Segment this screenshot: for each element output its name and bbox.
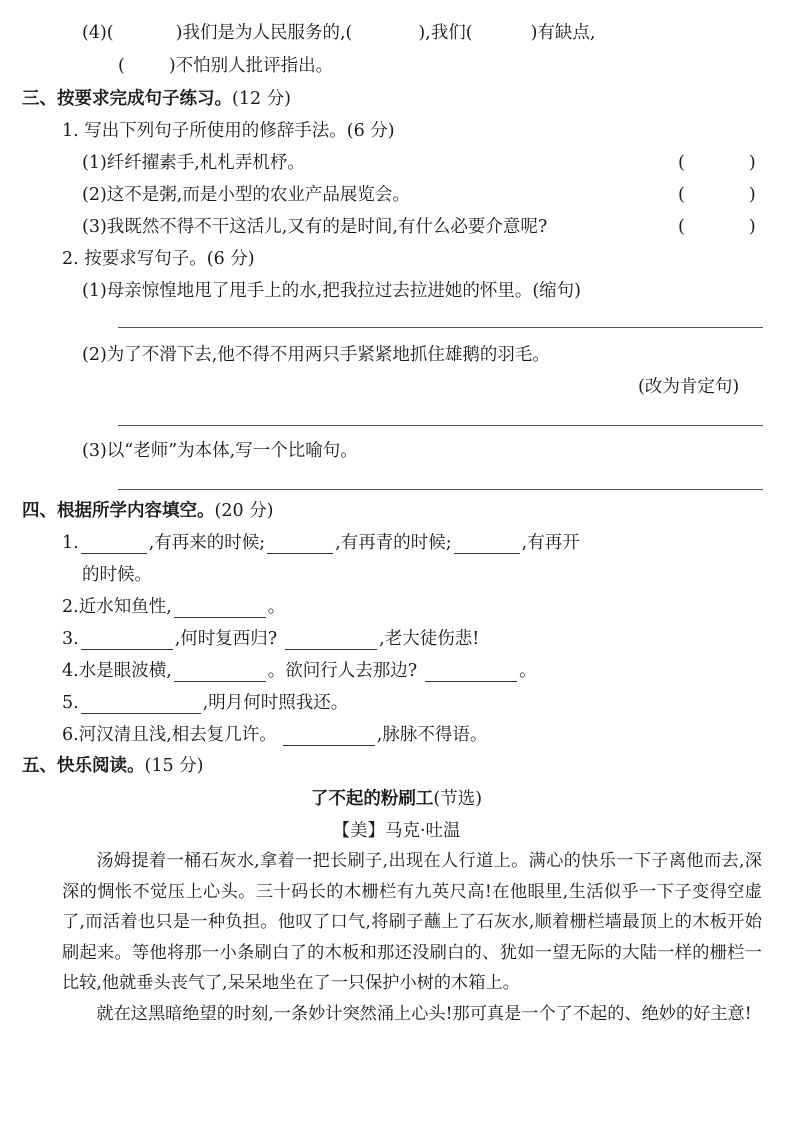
fill-item-1: 1.,有再来的时候;,有再青的时候;,有再开 <box>62 532 580 554</box>
section-points: (12 分) <box>232 89 291 109</box>
q1-item-2-answer-box[interactable]: () <box>678 184 756 206</box>
item-number: (4) <box>82 23 107 43</box>
q2-item-2-instruction: (改为肯定句) <box>638 376 739 398</box>
q2-item-2-answer-line[interactable] <box>118 425 763 426</box>
q1-item-3: (3)我既然不得不干这活儿,又有的是时间,有什么必要介意呢? <box>82 216 547 238</box>
q2-item-1-answer-line[interactable] <box>118 327 763 328</box>
passage-paragraph: 汤姆提着一桶石灰水,拿着一把长刷子,出现在人行道上。满心的快乐一下子离他而去,深… <box>62 846 762 999</box>
q2-label: 2. 按要求写句子。(6 分) <box>62 248 255 270</box>
q2-item-3: (3)以“老师”为本体,写一个比喻句。 <box>82 440 358 462</box>
passage-author: 【美】马克·吐温 <box>0 820 793 842</box>
q2-item-2: (2)为了不滑下去,他不得不用两只手紧紧地抓住雄鹅的羽毛。 <box>82 344 550 366</box>
fill-item-4-line1: (4)()我们是为人民服务的,(),我们()有缺点, <box>82 22 595 44</box>
q1-label: 1. 写出下列句子所使用的修辞手法。(6 分) <box>62 120 395 142</box>
section-5-heading: 五、快乐阅读。(15 分) <box>22 755 204 777</box>
answer-blank[interactable] <box>454 535 520 554</box>
q1-item-1: (1)纤纤擢素手,札札弄机杼。 <box>82 152 305 174</box>
answer-blank[interactable] <box>267 535 333 554</box>
passage-title: 了不起的粉刷工(节选) <box>0 788 793 810</box>
answer-blank[interactable] <box>81 535 147 554</box>
fill-item-5: 5.,明月何时照我还。 <box>62 692 348 714</box>
q1-item-1-answer-box[interactable]: () <box>678 152 756 174</box>
section-4-heading: 四、根据所学内容填空。(20 分) <box>22 500 274 522</box>
q1-item-3-answer-box[interactable]: () <box>678 216 756 238</box>
answer-blank[interactable] <box>283 727 375 746</box>
section-points: (15 分) <box>145 756 204 776</box>
q1-item-2: (2)这不是粥,而是小型的农业产品展览会。 <box>82 184 410 206</box>
fill-item-4: 4.水是眼波横,。欲问行人去那边?。 <box>62 660 537 682</box>
section-points: (20 分) <box>215 501 274 521</box>
fill-item-6: 6.河汉清且浅,相去复几许。,脉脉不得语。 <box>62 724 487 746</box>
passage-paragraph: 就在这黑暗绝望的时刻,一条妙计突然涌上心头!那可真是一个了不起的、绝妙的好主意! <box>62 999 762 1030</box>
answer-blank[interactable] <box>174 599 266 618</box>
q2-item-1: (1)母亲惊惶地甩了甩手上的水,把我拉过去拉进她的怀里。(缩句) <box>82 280 581 302</box>
fill-item-4-line2: ()不怕别人批评指出。 <box>118 55 333 77</box>
answer-blank[interactable] <box>174 663 266 682</box>
reading-passage: 汤姆提着一桶石灰水,拿着一把长刷子,出现在人行道上。满心的快乐一下子离他而去,深… <box>62 846 762 1029</box>
fill-item-3: 3.,何时复西归?,老大徒伤悲! <box>62 628 479 650</box>
fill-item-2: 2.近水知鱼性,。 <box>62 596 285 618</box>
section-3-heading: 三、按要求完成句子练习。(12 分) <box>22 88 291 110</box>
answer-blank[interactable] <box>425 663 517 682</box>
answer-blank[interactable] <box>285 631 377 650</box>
q2-item-3-answer-line[interactable] <box>118 489 763 490</box>
answer-blank[interactable] <box>81 695 201 714</box>
fill-item-1-continued: 的时候。 <box>82 564 152 586</box>
answer-blank[interactable] <box>81 631 173 650</box>
